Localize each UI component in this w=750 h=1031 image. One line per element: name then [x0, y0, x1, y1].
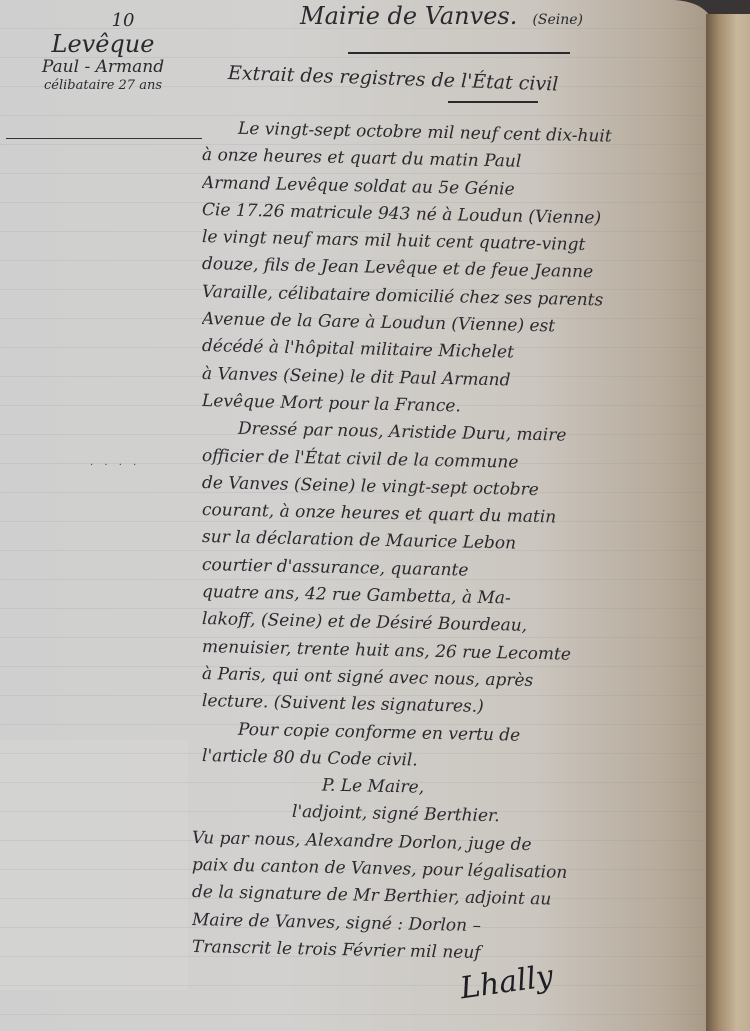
- header-title: Mairie de Vanves.: [300, 2, 517, 30]
- register-page: 10 Levêque Paul - Armand célibataire 27 …: [0, 0, 712, 1031]
- document-subtitle: Extrait des registres de l'État civil: [228, 62, 559, 96]
- subtitle-underline: [448, 101, 538, 103]
- margin-status: célibataire 27 ans: [8, 77, 198, 95]
- page-edge: [706, 14, 750, 1031]
- record-body: Le vingt-sept octobre mil neuf cent dix-…: [202, 115, 707, 961]
- ink-specks: · · · ·: [90, 460, 140, 471]
- header-underline: [348, 52, 570, 54]
- margin-divider: [6, 138, 202, 139]
- margin-given-names: Paul - Armand: [8, 57, 198, 77]
- document-header: Mairie de Vanves. (Seine): [300, 2, 583, 30]
- faded-patch: [0, 740, 188, 990]
- record-number: 10: [48, 10, 198, 31]
- header-department: (Seine): [532, 12, 583, 28]
- margin-surname: Levêque: [8, 31, 198, 57]
- margin-note: 10 Levêque Paul - Armand célibataire 27 …: [8, 10, 198, 95]
